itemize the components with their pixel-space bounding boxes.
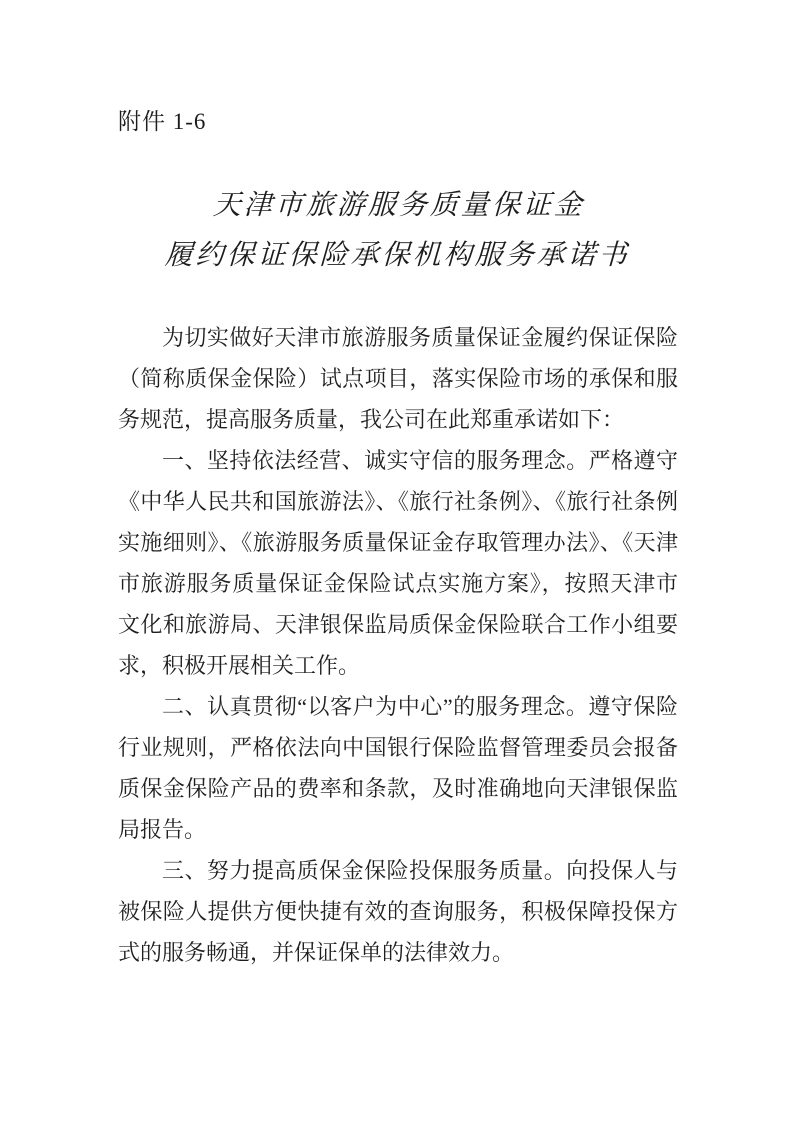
document-title-line-1: 天津市旅游服务质量保证金 [118, 181, 680, 231]
document-title: 天津市旅游服务质量保证金 履约保证保险承保机构服务承诺书 [116, 181, 679, 281]
document-title-line-2: 履约保证保险承保机构服务承诺书 [116, 231, 678, 281]
body-paragraph-item-1: 一、坚持依法经营、诚实守信的服务理念。严格遵守《中华人民共和国旅游法》、《旅行社… [118, 440, 678, 686]
attachment-label: 附件 1-6 [118, 108, 678, 135]
document-body: 为切实做好天津市旅游服务质量保证金履约保证保险（简称质保金保险）试点项目，落实保… [118, 317, 678, 973]
body-paragraph-item-2: 二、认真贯彻“以客户为中心”的服务理念。遵守保险行业规则，严格依法向中国银行保险… [118, 686, 678, 850]
document-page: 附件 1-6 天津市旅游服务质量保证金 履约保证保险承保机构服务承诺书 为切实做… [0, 0, 800, 1131]
body-paragraph-item-3: 三、努力提高质保金保险投保服务质量。向投保人与被保险人提供方便快捷有效的查询服务… [118, 850, 678, 973]
body-paragraph-intro: 为切实做好天津市旅游服务质量保证金履约保证保险（简称质保金保险）试点项目，落实保… [118, 317, 678, 440]
